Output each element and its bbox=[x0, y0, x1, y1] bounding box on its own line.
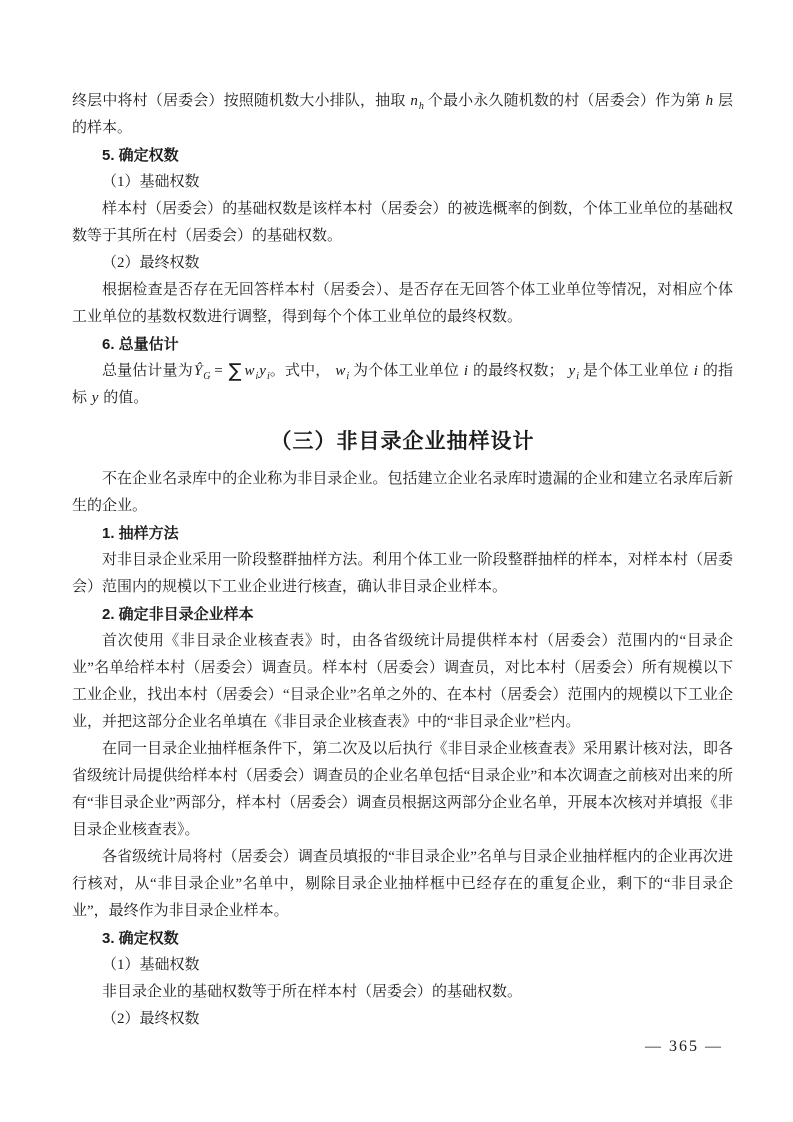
paragraph-final-weight: 根据检查是否存在无回答样本村（居委会）、是否存在无回答个体工业单位等情况，对相应… bbox=[72, 277, 733, 331]
paragraph-non-directory-intro: 不在企业名录库中的企业称为非目录企业。包括建立企业名录库时遗漏的企业和建立名录库… bbox=[72, 466, 733, 520]
subheading-3-determine-weights: 3. 确定权数 bbox=[72, 925, 733, 952]
page-number: — 365 — bbox=[645, 1038, 723, 1056]
text-segment: 个最小永久随机数的村（居委会）作为第 bbox=[424, 93, 705, 109]
paragraph-sample-cumulative-check: 在同一目录企业抽样框条件下，第二次及以后执行《非目录企业核查表》采用累计核对法，… bbox=[72, 736, 733, 844]
math-equals: = bbox=[210, 363, 226, 379]
text-segment: 终层中将村（居委会）按照随机数大小排队，抽取 bbox=[72, 93, 409, 109]
list-item-5-base-weight: （1）基础权数 bbox=[72, 169, 733, 196]
text-segment: 。式中， bbox=[270, 363, 335, 379]
subheading-6-total-estimate: 6. 总量估计 bbox=[72, 331, 733, 358]
text-segment: 为个体工业单位 bbox=[349, 363, 463, 379]
sum-symbol: ∑ bbox=[227, 360, 244, 382]
subheading-1-sampling-method: 1. 抽样方法 bbox=[72, 520, 733, 547]
math-var-h: h bbox=[705, 93, 715, 109]
text-segment: 是个体工业单位 bbox=[579, 363, 693, 379]
subheading-5-determine-weights: 5. 确定权数 bbox=[72, 142, 733, 169]
paragraph-sample-dedupe: 各省级统计局将村（居委会）调查员填报的“非目录企业”名单与目录企业抽样框内的企业… bbox=[72, 844, 733, 925]
page-content: 终层中将村（居委会）按照随机数大小排队，抽取 nh 个最小永久随机数的村（居委会… bbox=[72, 88, 733, 1033]
math-var-w: w bbox=[243, 363, 255, 379]
math-var-y: y bbox=[258, 363, 267, 379]
list-item-5-final-weight: （2）最终权数 bbox=[72, 250, 733, 277]
text-segment: 总量估计量为 bbox=[102, 363, 193, 379]
paragraph-estimator-formula: 总量估计量为ŶG = ∑wiyi。式中， wi 为个体工业单位 i 的最终权数；… bbox=[72, 358, 733, 412]
paragraph-sample-first-use: 首次使用《非目录企业核查表》时，由各省级统计局提供样本村（居委会）范围内的“目录… bbox=[72, 628, 733, 736]
list-item-3-final-weight: （2）最终权数 bbox=[72, 1006, 733, 1033]
math-var-y-hat: Ŷ bbox=[193, 363, 203, 379]
section-title-non-directory-sampling: （三）非目录企业抽样设计 bbox=[72, 425, 733, 458]
list-item-3-base-weight: （1）基础权数 bbox=[72, 952, 733, 979]
math-var-w: w bbox=[334, 363, 346, 379]
paragraph-non-directory-base-weight: 非目录企业的基础权数等于所在样本村（居委会）的基础权数。 bbox=[72, 979, 733, 1006]
math-var-y: y bbox=[568, 363, 577, 379]
subheading-2-determine-sample: 2. 确定非目录企业样本 bbox=[72, 601, 733, 628]
paragraph-continuation-sampling: 终层中将村（居委会）按照随机数大小排队，抽取 nh 个最小永久随机数的村（居委会… bbox=[72, 88, 733, 142]
paragraph-base-weight: 样本村（居委会）的基础权数是该样本村（居委会）的被选概率的倒数，个体工业单位的基… bbox=[72, 196, 733, 250]
paragraph-sampling-method: 对非目录企业采用一阶段整群抽样方法。利用个体工业一阶段整群抽样的样本，对样本村（… bbox=[72, 547, 733, 601]
text-segment: 的最终权数； bbox=[469, 363, 567, 379]
math-var-n: n bbox=[409, 93, 419, 109]
document-page: 终层中将村（居委会）按照随机数大小排队，抽取 nh 个最小永久随机数的村（居委会… bbox=[0, 0, 793, 1122]
text-segment: 的值。 bbox=[99, 390, 148, 406]
